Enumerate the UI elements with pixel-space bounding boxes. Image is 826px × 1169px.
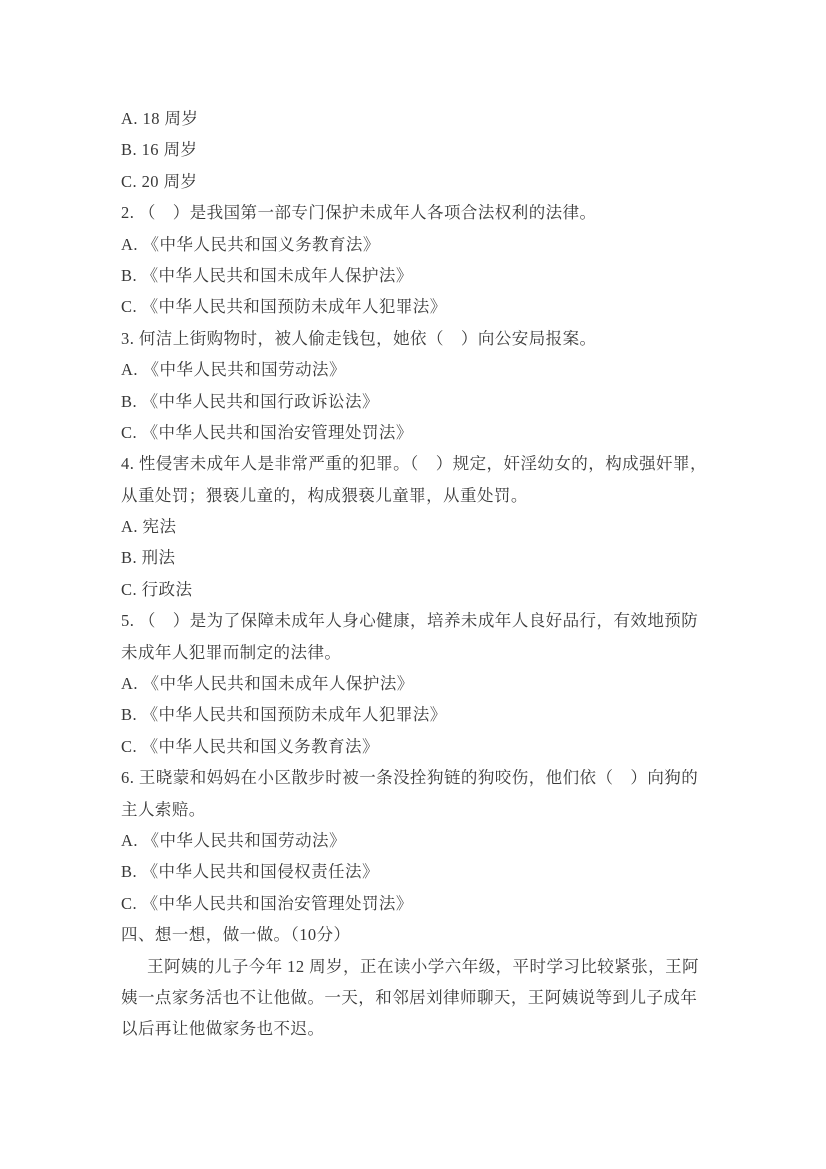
document-page: A. 18 周岁 B. 16 周岁 C. 20 周岁 2. （ ）是我国第一部专… (0, 0, 826, 1169)
case-paragraph-line-1: 王阿姨的儿子今年 12 周岁，正在读小学六年级，平时学习比较紧张，王阿 (121, 951, 721, 982)
document-text-block: A. 18 周岁 B. 16 周岁 C. 20 周岁 2. （ ）是我国第一部专… (121, 103, 721, 1045)
q4-stem-line-1: 4. 性侵害未成年人是非常严重的犯罪。（ ）规定，奸淫幼女的，构成强奸罪， (121, 448, 721, 479)
q6-option-a: A. 《中华人民共和国劳动法》 (121, 825, 721, 856)
q5-stem-line-1: 5. （ ）是为了保障未成年人身心健康，培养未成年人良好品行，有效地预防 (121, 605, 721, 636)
q2-option-c: C. 《中华人民共和国预防未成年人犯罪法》 (121, 291, 721, 322)
q1-option-c: C. 20 周岁 (121, 166, 721, 197)
q4-stem-line-2: 从重处罚；猥亵儿童的，构成猥亵儿童罪，从重处罚。 (121, 480, 721, 511)
q4-option-b: B. 刑法 (121, 542, 721, 573)
q2-stem: 2. （ ）是我国第一部专门保护未成年人各项合法权利的法律。 (121, 197, 721, 228)
q3-option-b: B. 《中华人民共和国行政诉讼法》 (121, 386, 721, 417)
q5-option-b: B. 《中华人民共和国预防未成年人犯罪法》 (121, 699, 721, 730)
q3-option-a: A. 《中华人民共和国劳动法》 (121, 354, 721, 385)
q6-stem-line-2: 主人索赔。 (121, 794, 721, 825)
q2-option-b: B. 《中华人民共和国未成年人保护法》 (121, 260, 721, 291)
q5-stem-line-2: 未成年人犯罪而制定的法律。 (121, 637, 721, 668)
section-heading: 四、想一想，做一做。（10分） (121, 919, 721, 950)
q1-option-b: B. 16 周岁 (121, 134, 721, 165)
q3-stem: 3. 何洁上街购物时，被人偷走钱包，她依（ ）向公安局报案。 (121, 323, 721, 354)
q4-option-c: C. 行政法 (121, 574, 721, 605)
q2-option-a: A. 《中华人民共和国义务教育法》 (121, 229, 721, 260)
q5-option-c: C. 《中华人民共和国义务教育法》 (121, 731, 721, 762)
q5-option-a: A. 《中华人民共和国未成年人保护法》 (121, 668, 721, 699)
case-paragraph-line-3: 以后再让他做家务也不迟。 (121, 1013, 721, 1044)
case-paragraph-line-2: 姨一点家务活也不让他做。一天，和邻居刘律师聊天，王阿姨说等到儿子成年 (121, 982, 721, 1013)
q6-stem-line-1: 6. 王晓蒙和妈妈在小区散步时被一条没拴狗链的狗咬伤，他们依（ ）向狗的 (121, 762, 721, 793)
q6-option-b: B. 《中华人民共和国侵权责任法》 (121, 856, 721, 887)
q4-option-a: A. 宪法 (121, 511, 721, 542)
q1-option-a: A. 18 周岁 (121, 103, 721, 134)
q3-option-c: C. 《中华人民共和国治安管理处罚法》 (121, 417, 721, 448)
q6-option-c: C. 《中华人民共和国治安管理处罚法》 (121, 888, 721, 919)
